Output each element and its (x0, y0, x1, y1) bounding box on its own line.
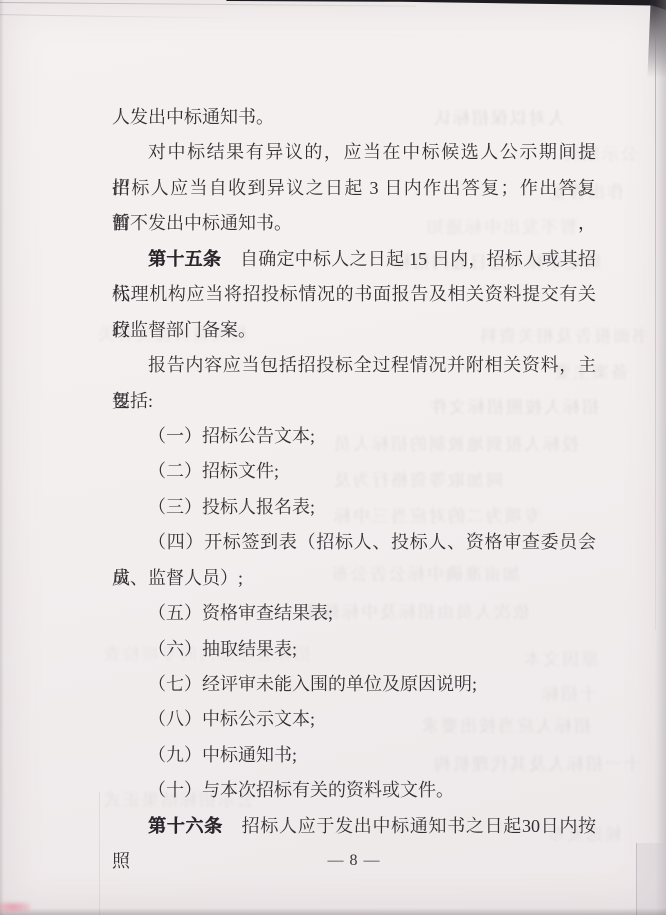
document-line: 政监督部门备案。 (112, 313, 596, 348)
document-line: 第十五条自确定中标人之日起 15 日内，招标人或其招标 (112, 242, 596, 277)
page-number: — 8 — (112, 852, 596, 870)
document-line: （四）开标签到表（招标人、投标人、资格审查委员会成 (112, 525, 596, 560)
page-edge-hairline (655, 30, 656, 630)
document-line: 招标人应当自收到异议之日起 3 日内作出答复；作出答复前， (112, 171, 596, 206)
page-stack-edge-line (0, 14, 246, 19)
document-line: （一）招标公告文本; (112, 419, 596, 454)
document-line: （三）投标人报名表; (112, 490, 596, 525)
underlying-page-edge (637, 843, 666, 915)
paper-crease (99, 792, 100, 915)
page-edge-right (655, 0, 666, 915)
document-line: （二）招标文件; (112, 454, 596, 489)
document-lines: 人发出中标通知书。对中标结果有异议的，应当在中标候选人公示期间提出。招标人应当自… (112, 100, 596, 844)
document-line: 包括: (112, 384, 596, 419)
scanned-document-page: 人对以保招标认公示期间作出答复暂不发出中标通知确定中标人之日起内招标相关资料提交… (0, 0, 666, 915)
page-edge-left (0, 0, 4, 915)
page-stack-edge-line (0, 2, 416, 7)
document-line: （十）与本次招标有关的资料或文件。 (112, 773, 596, 808)
document-line: （五）资格审查结果表; (112, 596, 596, 631)
document-line: 人发出中标通知书。 (112, 100, 596, 135)
document-line: 第十六条招标人应于发出中标通知书之日起30日内按照 (112, 809, 596, 844)
document-line: （六）抽取结果表; (112, 632, 596, 667)
pink-smudge (0, 902, 30, 912)
underlying-page-edge-line (636, 843, 637, 915)
article-number: 第十五条 (148, 249, 221, 269)
document-line: 代理机构应当将招投标情况的书面报告及相关资料提交有关行 (112, 277, 596, 312)
document-line: （八）中标公示文本; (112, 702, 596, 737)
article-number: 第十六条 (148, 816, 223, 836)
document-line: 员、监督人员）; (112, 561, 596, 596)
document-line: （七）经评审未能入围的单位及原因说明; (112, 667, 596, 702)
document-line: 对中标结果有异议的，应当在中标候选人公示期间提出。 (112, 135, 596, 170)
document-line: （九）中标通知书; (112, 738, 596, 773)
document-line: 报告内容应当包括招投标全过程情况并附相关资料，主要 (112, 348, 596, 383)
